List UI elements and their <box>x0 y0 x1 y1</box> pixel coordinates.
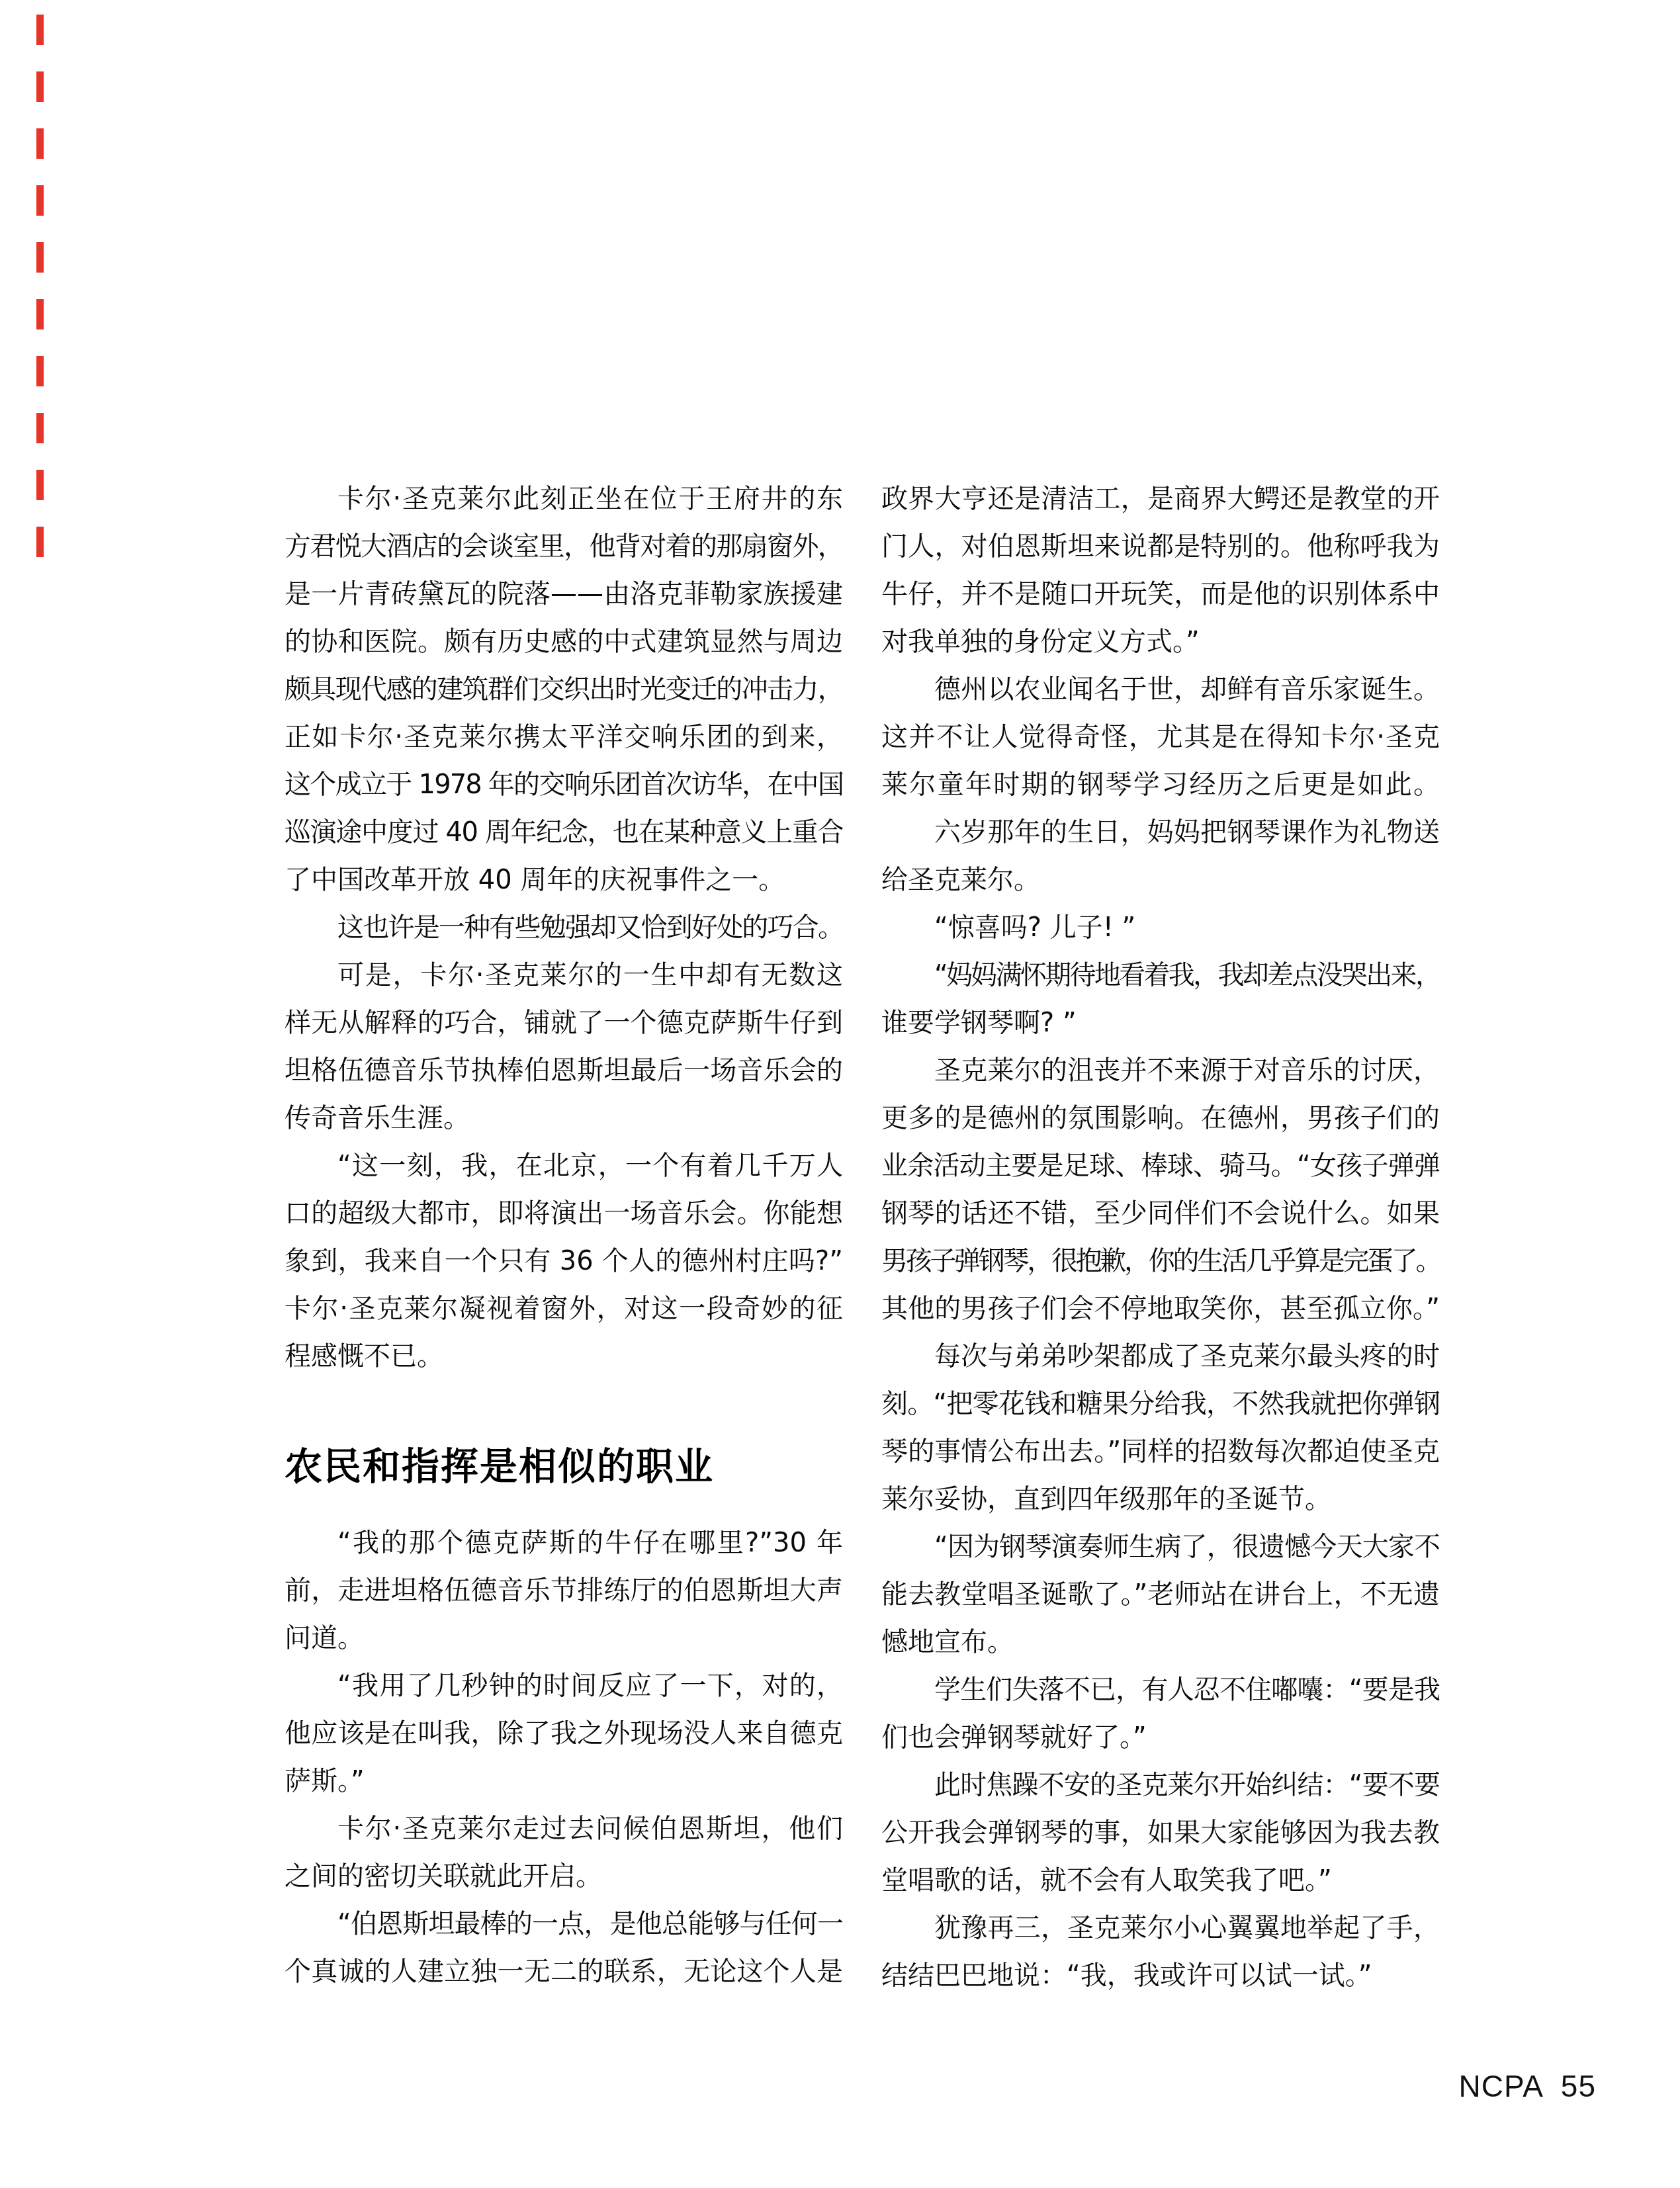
text-line: 更多的是德州的氛围影响。在德州，男孩子们的 <box>881 1094 1440 1142</box>
page-footer: NCPA 55 <box>1458 2068 1596 2104</box>
text-line: 之间的密切关联就此开启。 <box>285 1853 843 1900</box>
text-line: 此时焦躁不安的圣克莱尔开始纠结：“要不要 <box>881 1761 1440 1809</box>
text-line: 给圣克莱尔。 <box>881 856 1440 904</box>
text-line: 能去教堂唱圣诞歌了。”老师站在讲台上，不无遗 <box>881 1571 1440 1618</box>
text-line: 德州以农业闻名于世，却鲜有音乐家诞生。 <box>881 666 1440 713</box>
footer-page-number: 55 <box>1561 2068 1596 2104</box>
text-line: 公开我会弹钢琴的事，如果大家能够因为我去教 <box>881 1809 1440 1857</box>
text-line: 六岁那年的生日，妈妈把钢琴课作为礼物送 <box>881 809 1440 856</box>
text-line: 门人，对伯恩斯坦来说都是特别的。他称呼我为 <box>881 523 1440 570</box>
text-line: “惊喜吗? 儿子! ” <box>881 904 1440 951</box>
text-line: 方君悦大酒店的会谈室里，他背对着的那扇窗外， <box>285 523 843 570</box>
text-line: 的协和医院。颇有历史感的中式建筑显然与周边 <box>285 618 843 666</box>
text-line: 对我单独的身份定义方式。” <box>881 618 1440 666</box>
text-line: 每次与弟弟吵架都成了圣克莱尔最头疼的时 <box>881 1333 1440 1380</box>
text-line: 传奇音乐生涯。 <box>285 1094 843 1142</box>
text-line: 这也许是一种有些勉强却又恰到好处的巧合。 <box>285 904 843 951</box>
text-line: 学生们失落不已，有人忍不住嘟囔：“要是我 <box>881 1666 1440 1714</box>
text-line: 前，走进坦格伍德音乐节排练厅的伯恩斯坦大声 <box>285 1567 843 1614</box>
text-line: 们也会弹钢琴就好了。” <box>881 1714 1440 1761</box>
text-line: 牛仔，并不是随口开玩笑，而是他的识别体系中 <box>881 570 1440 618</box>
text-line: 问道。 <box>285 1614 843 1662</box>
text-line: 口的超级大都市，即将演出一场音乐会。你能想 <box>285 1190 843 1237</box>
section-heading: 农民和指挥是相似的职业 <box>285 1380 843 1519</box>
text-line: 卡尔·圣克莱尔走过去问候伯恩斯坦，他们 <box>285 1805 843 1853</box>
text-line: 憾地宣布。 <box>881 1618 1440 1666</box>
left-column: 卡尔·圣克莱尔此刻正坐在位于王府井的东方君悦大酒店的会谈室里，他背对着的那扇窗外… <box>285 475 843 1995</box>
text-line: 可是，卡尔·圣克莱尔的一生中却有无数这 <box>285 951 843 999</box>
red-registration-marks <box>36 15 44 581</box>
text-line: 这个成立于 1978 年的交响乐团首次访华，在中国 <box>285 761 843 809</box>
text-line: 是一片青砖黛瓦的院落——由洛克菲勒家族援建 <box>285 570 843 618</box>
text-line: “我的那个德克萨斯的牛仔在哪里?”30 年 <box>285 1519 843 1567</box>
text-line: 犹豫再三，圣克莱尔小心翼翼地举起了手， <box>881 1904 1440 1952</box>
text-line: 坦格伍德音乐节执棒伯恩斯坦最后一场音乐会的 <box>285 1047 843 1094</box>
text-line: 谁要学钢琴啊? ” <box>881 999 1440 1047</box>
text-line: 了中国改革开放 40 周年的庆祝事件之一。 <box>285 856 843 904</box>
text-line: 刻。“把零花钱和糖果分给我，不然我就把你弹钢 <box>881 1380 1440 1428</box>
text-line: “这一刻，我，在北京，一个有着几千万人 <box>285 1142 843 1190</box>
text-line: 莱尔妥协，直到四年级那年的圣诞节。 <box>881 1475 1440 1523</box>
text-line: 圣克莱尔的沮丧并不来源于对音乐的讨厌， <box>881 1047 1440 1094</box>
text-line: 样无从解释的巧合，铺就了一个德克萨斯牛仔到 <box>285 999 843 1047</box>
text-line: 政界大亨还是清洁工，是商界大鳄还是教堂的开 <box>881 475 1440 523</box>
text-line: 男孩子弹钢琴，很抱歉，你的生活几乎算是完蛋了。 <box>881 1237 1440 1285</box>
text-line: 结结巴巴地说：“我，我或许可以试一试。” <box>881 1952 1440 1999</box>
footer-brand: NCPA <box>1458 2068 1543 2104</box>
text-line: 这并不让人觉得奇怪，尤其是在得知卡尔·圣克 <box>881 713 1440 761</box>
text-line: 象到，我来自一个只有 36 个人的德州村庄吗?” <box>285 1237 843 1285</box>
text-line: 其他的男孩子们会不停地取笑你，甚至孤立你。” <box>881 1285 1440 1333</box>
text-line: 莱尔童年时期的钢琴学习经历之后更是如此。 <box>881 761 1440 809</box>
text-line: 堂唱歌的话，就不会有人取笑我了吧。” <box>881 1857 1440 1904</box>
text-line: “妈妈满怀期待地看着我，我却差点没哭出来， <box>881 951 1440 999</box>
text-line: 业余活动主要是足球、棒球、骑马。“女孩子弹弹 <box>881 1142 1440 1190</box>
text-line: 卡尔·圣克莱尔凝视着窗外，对这一段奇妙的征 <box>285 1285 843 1333</box>
text-line: 巡演途中度过 40 周年纪念，也在某种意义上重合 <box>285 809 843 856</box>
text-line: 钢琴的话还不错，至少同伴们不会说什么。如果 <box>881 1190 1440 1237</box>
text-line: 卡尔·圣克莱尔此刻正坐在位于王府井的东 <box>285 475 843 523</box>
text-line: 颇具现代感的建筑群们交织出时光变迁的冲击力， <box>285 666 843 713</box>
right-column: 政界大亨还是清洁工，是商界大鳄还是教堂的开门人，对伯恩斯坦来说都是特别的。他称呼… <box>881 475 1440 1999</box>
magazine-page: 卡尔·圣克莱尔此刻正坐在位于王府井的东方君悦大酒店的会谈室里，他背对着的那扇窗外… <box>0 0 1680 2188</box>
text-line: 个真诚的人建立独一无二的联系，无论这个人是 <box>285 1948 843 1995</box>
text-line: 程感慨不已。 <box>285 1333 843 1380</box>
text-line: “伯恩斯坦最棒的一点，是他总能够与任何一 <box>285 1900 843 1948</box>
text-line: “因为钢琴演奏师生病了，很遗憾今天大家不 <box>881 1523 1440 1571</box>
text-line: 琴的事情公布出去。”同样的招数每次都迫使圣克 <box>881 1428 1440 1475</box>
text-line: 他应该是在叫我，除了我之外现场没人来自德克 <box>285 1710 843 1757</box>
text-line: “我用了几秒钟的时间反应了一下，对的， <box>285 1662 843 1710</box>
text-line: 正如卡尔·圣克莱尔携太平洋交响乐团的到来， <box>285 713 843 761</box>
text-line: 萨斯。” <box>285 1757 843 1805</box>
